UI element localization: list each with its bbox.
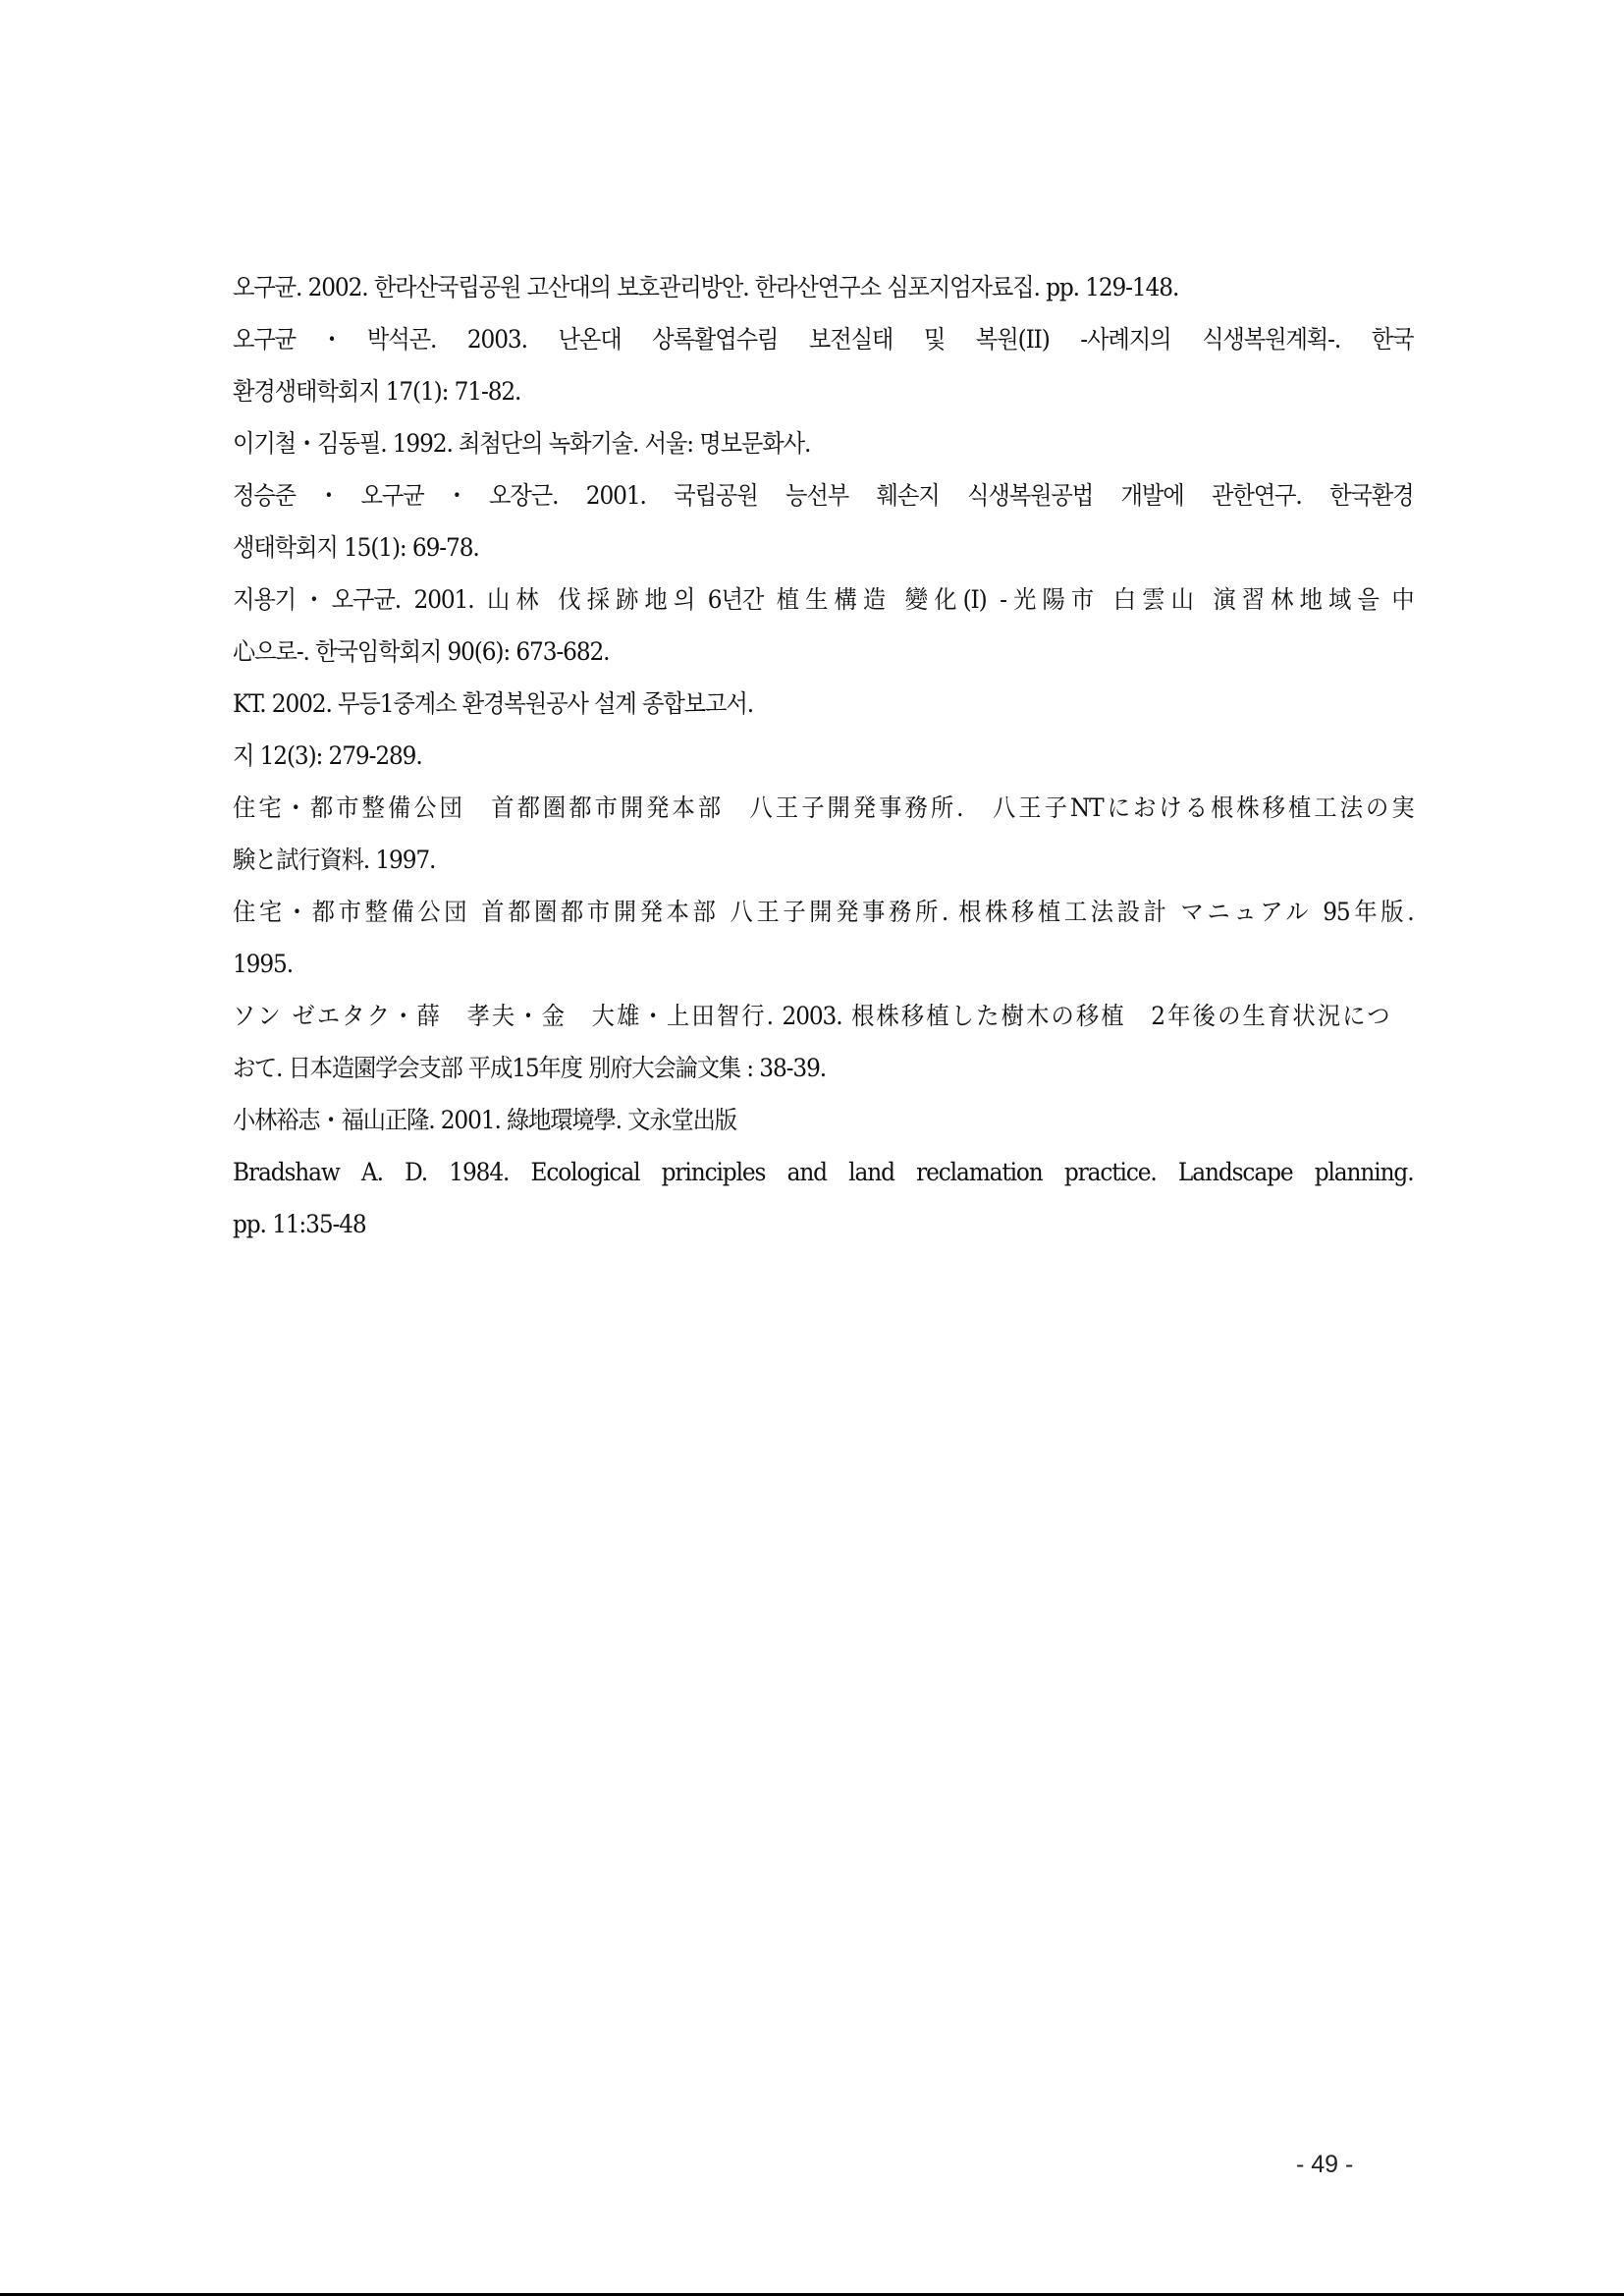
reference-list: 오구균. 2002. 한라산국립공원 고산대의 보호관리방안. 한라산연구소 심… [233,261,1389,1250]
reference-line-continued: 생태학회지 15(1): 69-78. [257,521,1413,574]
reference-line: 小林裕志・福山正隆. 2001. 綠地環境學. 文永堂出版 [257,1094,1413,1146]
reference-line: 지 12(3): 279-289. [257,730,1413,782]
reference-line: 오구균・박석곤. 2003. 난온대 상록활엽수림 보전실태 및 복원(II) … [257,313,1413,365]
reference-entry: ソン ゼエタク・薛 孝夫・金 大雄・上田智行. 2003. 根株移植した樹木の移… [233,990,1388,1094]
reference-line: 住宅・都市整備公団 首都圏都市開発本部 八王子開発事務所. 根株移植工法設計 マ… [257,886,1413,938]
reference-entry: 오구균・박석곤. 2003. 난온대 상록활엽수림 보전실태 및 복원(II) … [233,313,1413,417]
reference-entry: 오구균. 2002. 한라산국립공원 고산대의 보호관리방안. 한라산연구소 심… [233,261,1413,313]
reference-line-continued: おて. 日本造園学会支部 平成15年度 別府大会論文集 : 38-39. [233,1042,1388,1094]
reference-line-continued: 心으로-. 한국임학회지 90(6): 673-682. [257,626,1413,678]
reference-entry: 住宅・都市整備公団 首都圏都市開発本部 八王子開発事務所. 根株移植工法設計 マ… [233,886,1413,990]
reference-line-continued: 환경생태학회지 17(1): 71-82. [257,365,1413,417]
reference-line: 住宅・都市整備公団 首都圏都市開発本部 八王子開発事務所. 八王子NTにおける根… [257,782,1413,834]
reference-line: KT. 2002. 무등1중계소 환경복원공사 설계 종합보고서. [257,678,1413,730]
reference-entry: 지용기・오구균. 2001. 山林 伐採跡地의 6년간 植生構造 變化(I) -… [233,574,1413,678]
reference-line: 정승준・오구균・오장근. 2001. 국립공원 능선부 훼손지 식생복원공법 개… [257,469,1413,521]
reference-entry: 이기철・김동필. 1992. 최첨단의 녹화기술. 서울: 명보문화사. [233,417,1413,469]
reference-line-continued: pp. 11:35-48 [257,1198,1413,1250]
reference-entry: 정승준・오구균・오장근. 2001. 국립공원 능선부 훼손지 식생복원공법 개… [233,469,1413,574]
reference-line-continued: 験と試行資料. 1997. [257,834,1413,886]
reference-line-continued: 1995. [257,938,1413,990]
reference-entry: 住宅・都市整備公団 首都圏都市開発本部 八王子開発事務所. 八王子NTにおける根… [233,782,1413,886]
reference-entry: 小林裕志・福山正隆. 2001. 綠地環境學. 文永堂出版 [233,1094,1413,1146]
reference-entry: Bradshaw A. D. 1984. Ecological principl… [233,1146,1413,1250]
reference-entry: 지 12(3): 279-289. [233,730,1413,782]
reference-line: 오구균. 2002. 한라산국립공원 고산대의 보호관리방안. 한라산연구소 심… [257,261,1413,313]
reference-line: ソン ゼエタク・薛 孝夫・金 大雄・上田智行. 2003. 根株移植した樹木の移… [233,990,1388,1042]
reference-line: Bradshaw A. D. 1984. Ecological principl… [257,1146,1413,1198]
document-page: 오구균. 2002. 한라산국립공원 고산대의 보호관리방안. 한라산연구소 심… [0,0,1624,2296]
page-number: - 49 - [1296,2151,1414,2179]
reference-line: 이기철・김동필. 1992. 최첨단의 녹화기술. 서울: 명보문화사. [257,417,1413,469]
reference-line: 지용기・오구균. 2001. 山林 伐採跡地의 6년간 植生構造 變化(I) -… [257,574,1413,626]
reference-entry: KT. 2002. 무등1중계소 환경복원공사 설계 종합보고서. [233,678,1413,730]
